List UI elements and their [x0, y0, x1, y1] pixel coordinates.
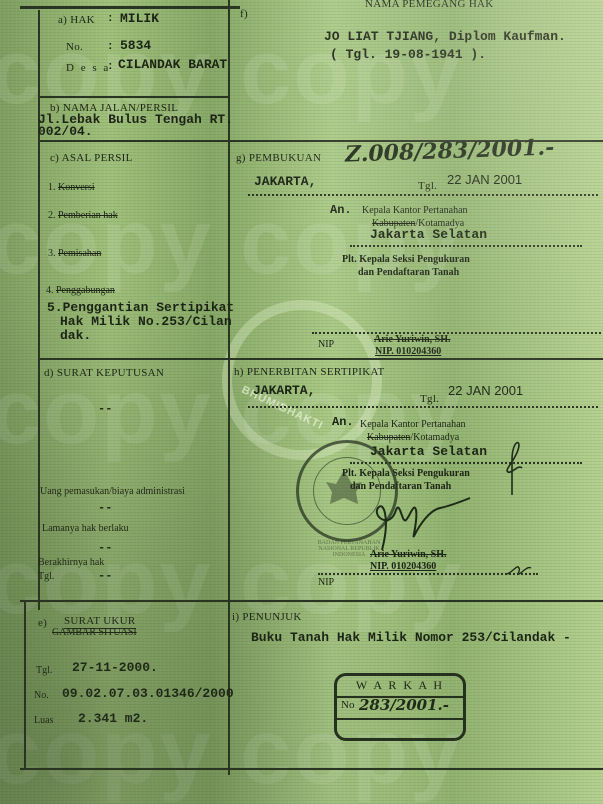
paraf-icon	[500, 430, 530, 500]
desa-value: CILANDAK BARAT	[118, 57, 227, 72]
bhumibhakti-emblem-icon	[222, 300, 382, 460]
office-line3: Jakarta Selatan	[370, 227, 487, 242]
signature-icon	[370, 480, 490, 560]
warkah-stamp: W A R K A H No 283/2001.-	[334, 673, 466, 741]
pembukuan-label: g) PEMBUKUAN	[236, 152, 321, 164]
warkah-no-label: No	[341, 699, 354, 711]
penunjuk-label: i) PENUNJUK	[232, 611, 302, 623]
plt-line1: Plt. Kepala Seksi Pengukuran	[342, 254, 470, 265]
origin-item-5-line1: 5.Penggantian Sertipikat	[47, 300, 234, 315]
dotted-line	[350, 245, 582, 247]
section-e-letter: e)	[38, 617, 47, 629]
an-label: An.	[330, 203, 352, 217]
office-line1: Kepala Kantor Pertanahan	[360, 419, 466, 430]
lamanya-hak-label: Lamanya hak berlaku	[42, 523, 129, 534]
signer-name: Arie Yuriwin, SH.	[374, 334, 451, 345]
hak-value: MILIK	[120, 11, 159, 26]
dotted-line	[312, 332, 603, 334]
hak-label: a) HAK	[58, 14, 95, 26]
asal-persil-label: c) ASAL PERSIL	[50, 152, 133, 164]
pembukuan-date: 22 JAN 2001	[447, 172, 522, 187]
surat-keputusan-value: --	[98, 402, 112, 416]
bottom-border	[20, 768, 603, 770]
section-f-letter: f)	[240, 8, 248, 20]
signer-name: Arie Yuriwin, SH.	[370, 549, 447, 560]
origin-item-5-line2: Hak Milik No.253/Cilan	[60, 314, 232, 329]
berakhirnya-hak-label: Berakhirnya hak	[38, 557, 104, 568]
origin-item-2: 2. Pemberian hak	[48, 210, 118, 221]
luas-label: Luas	[34, 715, 53, 726]
office-line1: Kepala Kantor Pertanahan	[362, 205, 468, 216]
paraf-icon	[505, 560, 535, 580]
no-value: 5834	[120, 38, 151, 53]
gambar-situasi-label: GAMBAR SITUASI	[52, 627, 137, 638]
warkah-title: W A R K A H	[337, 678, 463, 693]
tgl-label: Tgl.	[36, 665, 52, 676]
no-label: No.	[34, 690, 49, 701]
tgl-label: Tgl.	[38, 571, 54, 582]
colon: :	[107, 13, 114, 25]
no-label: No.	[66, 41, 83, 53]
dotted-line	[318, 573, 538, 575]
origin-item-4: 4. Penggabungan	[46, 285, 115, 296]
top-border	[20, 6, 240, 9]
pembukuan-city: JAKARTA,	[254, 174, 316, 189]
origin-item-1: 1. Konversi	[48, 182, 95, 193]
an-label: An.	[332, 415, 354, 429]
nip-label: NIP	[318, 577, 334, 588]
penerbitan-sertipikat-label: h) PENERBITAN SERTIPIKAT	[234, 366, 385, 378]
penerbitan-date: 22 JAN 2001	[448, 383, 523, 398]
plt-line2: dan Pendaftaran Tanah	[358, 267, 459, 278]
berakhirnya-tgl-value: --	[98, 569, 112, 583]
holder-name: JO LIAT TJIANG, Diplom Kaufman.	[324, 29, 566, 44]
lamanya-hak-value: --	[98, 541, 112, 555]
divider	[20, 600, 603, 602]
origin-item-5-line3: dak.	[60, 328, 91, 343]
left-border-bottom	[24, 600, 26, 770]
colon: :	[107, 41, 114, 53]
nip-label: NIP	[318, 339, 334, 350]
penunjuk-value: Buku Tanah Hak Milik Nomor 253/Cilandak …	[251, 630, 571, 645]
surat-ukur-no: 09.02.07.03.01346/2000	[62, 686, 234, 701]
penerbitan-city: JAKARTA,	[253, 383, 315, 398]
origin-item-3: 3. Pemisahan	[48, 248, 101, 259]
uang-pemasukan-value: --	[98, 501, 112, 515]
tgl-label: Tgl.	[420, 393, 439, 405]
surat-ukur-date: 27-11-2000.	[72, 660, 158, 675]
divider	[38, 358, 603, 360]
nama-pemegang-hak-label: NAMA PEMEGANG HAK	[365, 0, 494, 10]
luas-value: 2.341 m2.	[78, 711, 148, 726]
dotted-line	[248, 406, 598, 408]
signer-nip: NIP. 010204360	[370, 561, 436, 572]
dotted-line	[248, 194, 598, 196]
colon: :	[107, 61, 114, 73]
surat-keputusan-label: d) SURAT KEPUTUSAN	[44, 367, 164, 379]
tgl-label: Tgl.	[418, 180, 437, 192]
stamp-divider	[337, 718, 463, 720]
uang-pemasukan-label: Uang pemasukan/biaya administrasi	[40, 486, 185, 497]
holder-birth-date: ( Tgl. 19-08-1941 ).	[330, 47, 486, 62]
warkah-no-value: 283/2001.-	[359, 696, 449, 714]
divider	[38, 96, 230, 98]
desa-label: D e s a	[66, 62, 110, 74]
left-border	[38, 10, 40, 610]
street-line2: 002/04.	[38, 124, 93, 139]
signer-nip: NIP. 010204360	[375, 346, 441, 357]
